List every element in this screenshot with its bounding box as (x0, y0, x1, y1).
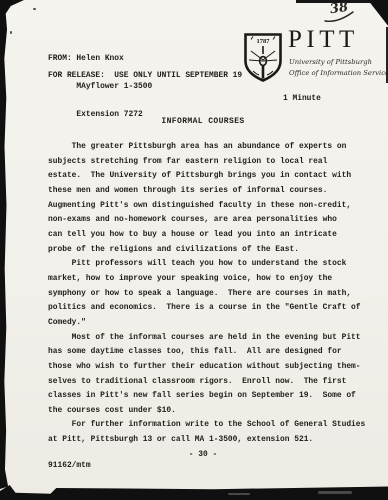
end-of-release-mark: - 30 - (48, 450, 358, 459)
scan-smudge (318, 491, 352, 494)
scan-speck (33, 8, 36, 10)
scan-speck (10, 31, 12, 34)
scan-corner-top-left (0, 0, 24, 15)
handwritten-underline-stroke (324, 10, 356, 24)
scan-edge-left (0, 0, 9, 489)
shield-year-text: 1787 (257, 38, 271, 45)
release-restriction-line: FOR RELEASE: USE ONLY UNTIL SEPTEMBER 19 (48, 71, 242, 80)
logo-university-name: University of Pittsburgh (289, 58, 372, 66)
pitt-shield-icon: 1787 (243, 33, 283, 82)
pitt-wordmark: PITT (288, 27, 359, 52)
paragraph-4: For further information write to the Sch… (48, 418, 384, 447)
from-line-contact: FROM: Helen Knox (48, 54, 152, 63)
paragraph-2: Pitt professors will teach you how to un… (48, 257, 384, 330)
typist-slug: 91162/mtm (48, 461, 91, 470)
logo-department-name: Office of Information Services (289, 69, 388, 77)
document-title: INFORMAL COURSES (48, 117, 358, 126)
body-text: The greater Pittsburgh area has an abund… (48, 140, 384, 448)
pitt-logo: 1787 PITT University of Pittsburgh Offic… (243, 30, 383, 86)
read-time-note: 1 Minute (283, 94, 321, 103)
from-line-phone: MAyflower 1-3500 (48, 82, 152, 91)
paragraph-1: The greater Pittsburgh area has an abund… (48, 140, 384, 257)
scanned-press-release-page: 38 FROM: Helen Knox MAyflower 1-3500 Ext… (0, 0, 388, 500)
paragraph-3: Most of the informal courses are held in… (48, 331, 384, 419)
scan-smudge (228, 493, 250, 495)
